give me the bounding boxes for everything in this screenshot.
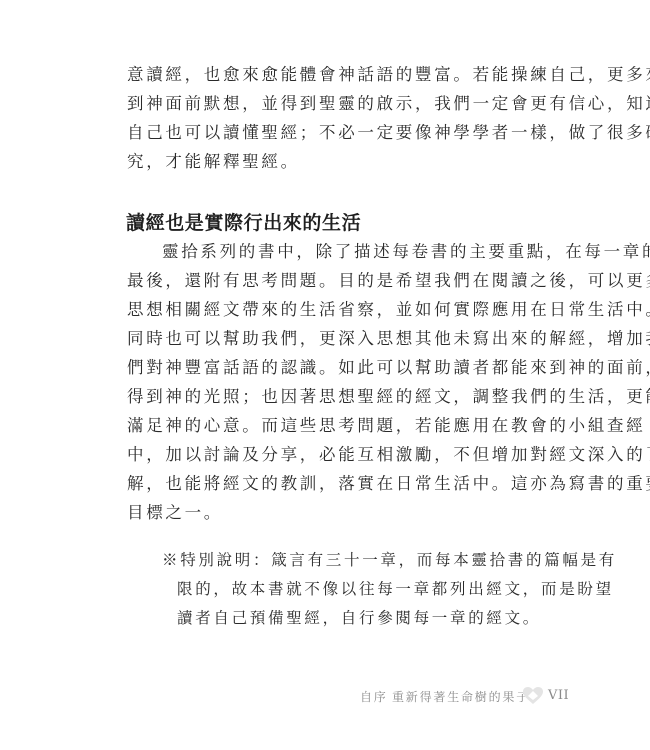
note-line: 限的，故本書就不像以往每一章都列出經文，而是盼望 bbox=[177, 579, 614, 599]
footer-chapter-title: 重新得著生命樹的果子 bbox=[392, 688, 530, 705]
text-line: 滿足神的心意。而這些思考問題，若能應用在教會的小組查經 bbox=[127, 416, 645, 436]
footer-section-label: 自序 bbox=[360, 688, 388, 705]
note-line: 讀者自己預備聖經，自行參閱每一章的經文。 bbox=[177, 608, 541, 628]
text-line: 目標之一。 bbox=[127, 503, 223, 523]
page-number: VII bbox=[548, 688, 569, 703]
text-line: 究，才能解釋聖經。 bbox=[127, 152, 300, 172]
text-line: 們對神豐富話語的認識。如此可以幫助讀者都能來到神的面前， bbox=[127, 358, 650, 378]
text-line: 靈拾系列的書中，除了描述每卷書的主要重點，在每一章的 bbox=[162, 242, 650, 262]
text-line: 中，加以討論及分享，必能互相激勵，不但增加對經文深入的了 bbox=[127, 445, 650, 465]
text-line: 同時也可以幫助我們，更深入思想其他未寫出來的解經，增加我 bbox=[127, 329, 650, 349]
text-line: 意讀經，也愈來愈能體會神話語的豐富。若能操練自己，更多來 bbox=[127, 65, 650, 85]
note-line: ※特別說明：箴言有三十一章，而每本靈拾書的篇幅是有 bbox=[162, 550, 617, 570]
text-line: 解，也能將經文的教訓，落實在日常生活中。這亦為寫書的重要 bbox=[127, 474, 650, 494]
text-line: 自己也可以讀懂聖經；不必一定要像神學學者一樣，做了很多研 bbox=[127, 123, 650, 143]
section-heading: 讀經也是實際行出來的生活 bbox=[126, 208, 361, 235]
text-line: 最後，還附有思考問題。目的是希望我們在閱讀之後，可以更多 bbox=[127, 271, 650, 291]
heart-emblem-icon bbox=[522, 686, 544, 706]
text-line: 到神面前默想，並得到聖靈的啟示，我們一定會更有信心，知道 bbox=[127, 94, 650, 114]
text-line: 思想相關經文帶來的生活省察，並如何實際應用在日常生活中。 bbox=[127, 300, 650, 320]
text-line: 得到神的光照；也因著思想聖經的經文，調整我們的生活，更能 bbox=[127, 387, 650, 407]
